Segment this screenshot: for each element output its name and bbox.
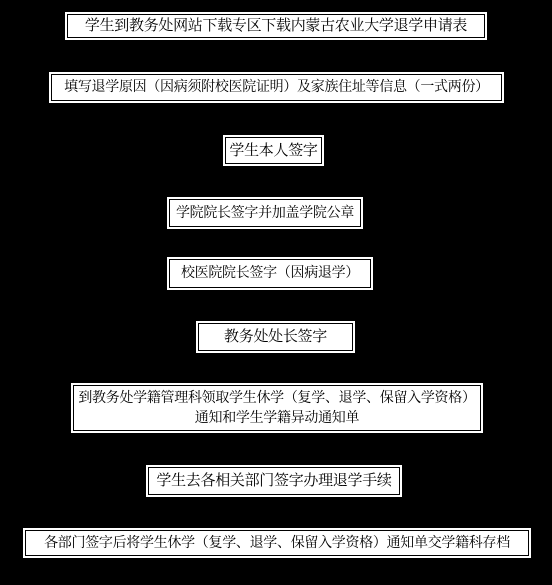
- flow-step-department-signatures: 学生去各相关部门签字办理退学手续: [148, 467, 400, 495]
- flow-step-fill-reason: 填写退学原因（因病须附校医院证明）及家族住址等信息（一式两份）: [51, 74, 502, 101]
- flow-step-college-dean-signature: 学院院长签字并加盖学院公章: [169, 199, 361, 227]
- flow-step-archive-notice: 各部门签字后将学生休学（复学、退学、保留入学资格）通知单交学籍科存档: [25, 530, 529, 556]
- flowchart-canvas: 学生到教务处网站下载专区下载内蒙古农业大学退学申请表 填写退学原因（因病须附校医…: [0, 0, 552, 585]
- flow-step-academic-director-signature: 教务处处长签字: [198, 323, 353, 351]
- flow-step-collect-notice: 到教务处学籍管理科领取学生休学（复学、退学、保留入学资格） 通知和学生学籍异动通…: [73, 385, 481, 431]
- flow-step-hospital-dean-signature: 校医院院长签字（因病退学）: [169, 259, 371, 288]
- flow-step-student-signature: 学生本人签字: [225, 137, 322, 164]
- flow-step-download-form: 学生到教务处网站下载专区下载内蒙古农业大学退学申请表: [67, 14, 485, 38]
